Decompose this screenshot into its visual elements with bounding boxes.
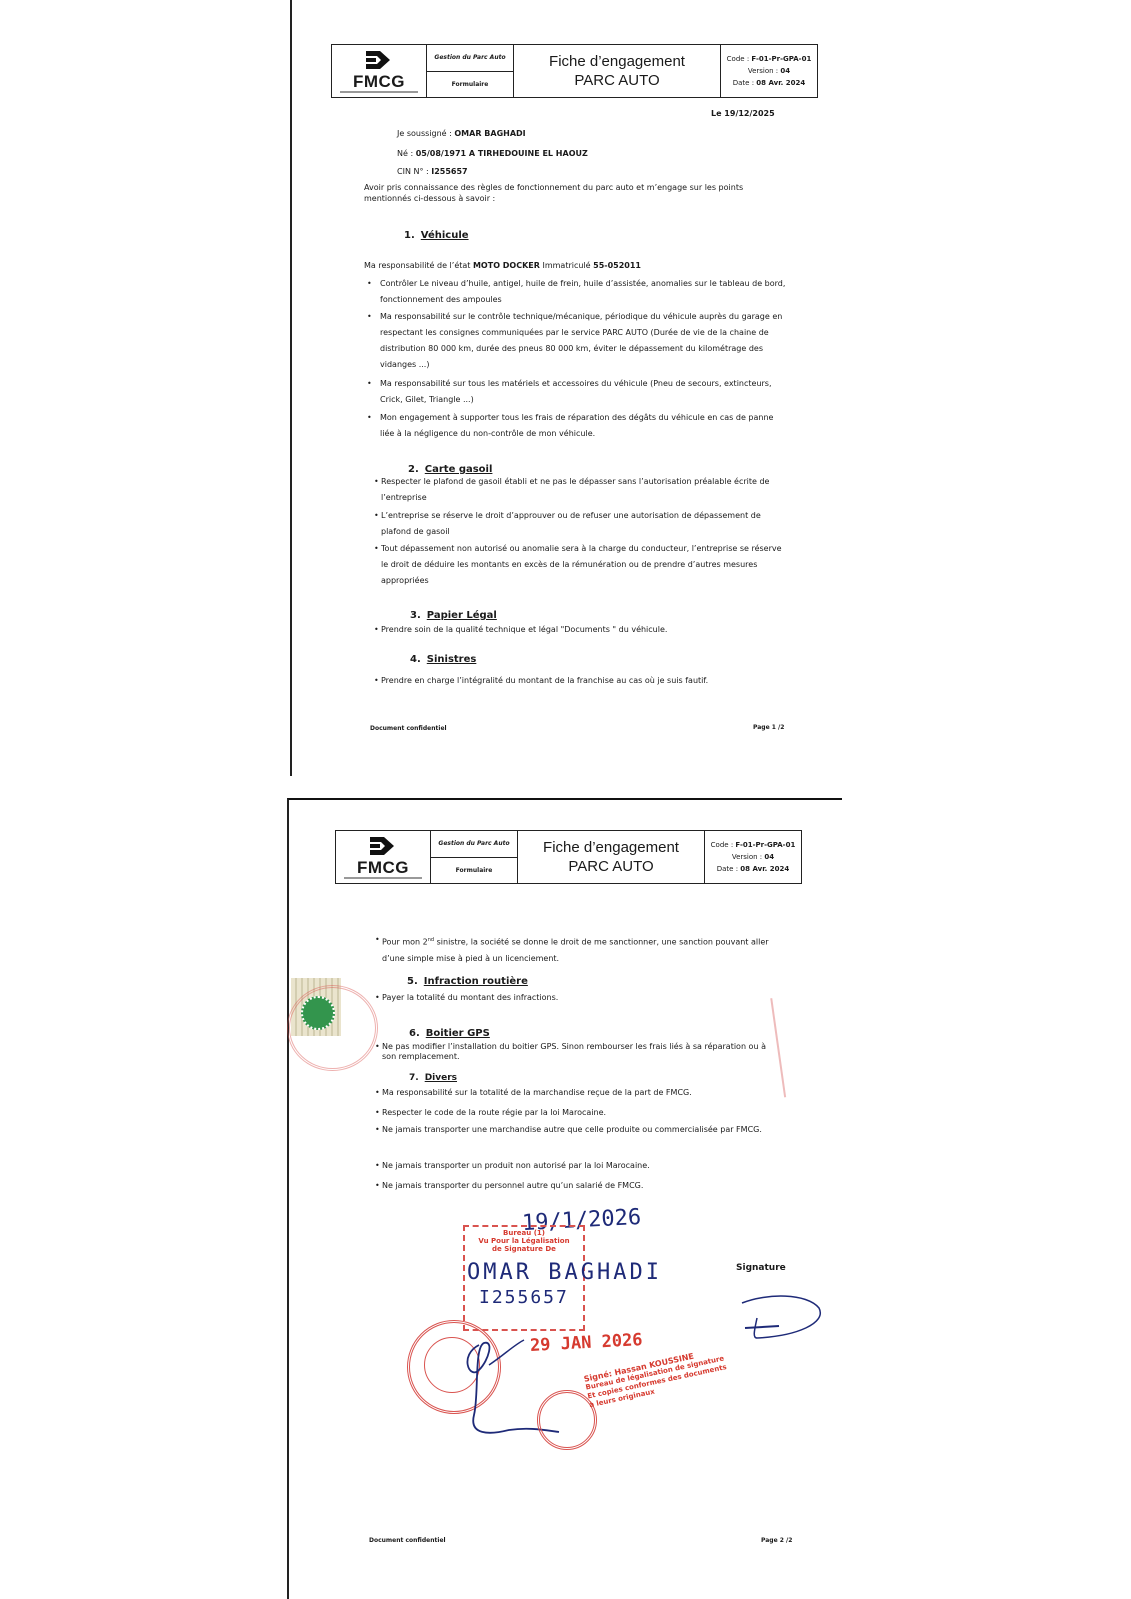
arrow-logo-icon — [368, 835, 396, 857]
form-header: FMCG Gestion du Parc Auto Formulaire Fic… — [331, 44, 818, 98]
list-item: •Ne jamais transporter un produit non au… — [382, 1158, 782, 1174]
list-item: •Ma responsabilité sur tous les matériel… — [380, 376, 790, 408]
form-title: Fiche d’engagement PARC AUTO — [518, 831, 705, 883]
header-category: Gestion du Parc Auto — [431, 831, 517, 858]
list-item: •Pour mon 2nd sinistre, la société se do… — [382, 932, 782, 967]
list-item: •Respecter le code de la route régie par… — [382, 1105, 782, 1121]
section-heading: 1.Véhicule — [404, 230, 469, 241]
handwritten-cin: I255657 — [479, 1287, 569, 1308]
page-number: Page 1 /2 — [753, 724, 784, 731]
list-item: •Contrôler Le niveau d’huile, antigel, h… — [380, 276, 790, 308]
form-header: FMCG Gestion du Parc Auto Formulaire Fic… — [335, 830, 802, 884]
footer-confidential: Document confidentiel — [370, 725, 447, 732]
list-item: •Prendre en charge l’intégralité du mont… — [381, 673, 791, 689]
list-item: •L’entreprise se réserve le droit d’appr… — [381, 508, 791, 540]
page-number: Page 2 /2 — [761, 1537, 792, 1544]
header-type: Formulaire — [431, 858, 517, 884]
employee-signature — [737, 1288, 827, 1348]
official-signature-stamp: Signé: Hassan KOUSSINE Bureau de légalis… — [583, 1345, 729, 1410]
header-category: Gestion du Parc Auto — [427, 45, 513, 72]
municipal-seal-left — [287, 985, 378, 1071]
intro-paragraph: Avoir pris connaissance des règles de fo… — [364, 182, 789, 204]
list-item: •Ma responsabilité sur la totalité de la… — [382, 1085, 782, 1101]
section-heading: 7.Divers — [409, 1073, 457, 1083]
list-item: •Ne pas modifier l’installation du boiti… — [382, 1042, 782, 1062]
section-heading: 5.Infraction routière — [407, 976, 528, 987]
date-stamp: 29 JAN 2026 — [530, 1330, 643, 1356]
footer-confidential: Document confidentiel — [369, 1537, 446, 1544]
list-item: •Ne jamais transporter du personnel autr… — [382, 1178, 782, 1194]
logo-text: FMCG — [332, 72, 426, 92]
list-item: •Ma responsabilité sur le contrôle techn… — [380, 309, 790, 373]
section-heading: 4.Sinistres — [410, 654, 476, 665]
document-date: Le 19/12/2025 — [711, 106, 775, 122]
company-logo: FMCG — [332, 45, 427, 97]
header-type: Formulaire — [427, 72, 513, 98]
arrow-logo-icon — [364, 49, 392, 71]
form-title: Fiche d’engagement PARC AUTO — [514, 45, 721, 97]
vehicle-line: Ma responsabilité de l’état MOTO DOCKER … — [364, 258, 641, 274]
handwritten-name: OMAR BAGHADI — [467, 1260, 662, 1285]
list-item: •Respecter le plafond de gasoil établi e… — [381, 474, 791, 506]
faded-stamp-right — [770, 993, 826, 1098]
document-code-block: Code : F-01-Pr-GPA-01 Version : 04 Date … — [705, 831, 801, 883]
list-item: •Ne jamais transporter une marchandise a… — [382, 1125, 782, 1135]
company-logo: FMCG — [336, 831, 431, 883]
document-page-2: FMCG Gestion du Parc Auto Formulaire Fic… — [287, 798, 842, 1599]
list-item: •Mon engagement à supporter tous les fra… — [380, 410, 790, 442]
signature-label: Signature — [736, 1260, 786, 1276]
soussigne-line: Je soussigné : OMAR BAGHADI — [397, 126, 526, 142]
cin-line: CIN N° : I255657 — [397, 164, 468, 180]
birth-line: Né : 05/08/1971 A TIRHEDOUINE EL HAOUZ — [397, 146, 588, 162]
document-code-block: Code : F-01-Pr-GPA-01 Version : 04 Date … — [721, 45, 817, 97]
logo-text: FMCG — [336, 858, 430, 878]
list-item: •Prendre soin de la qualité technique et… — [381, 622, 791, 638]
list-item: •Tout dépassement non autorisé ou anomal… — [381, 541, 791, 589]
document-page-1: FMCG Gestion du Parc Auto Formulaire Fic… — [290, 0, 842, 776]
list-item: •Payer la totalité du montant des infrac… — [382, 990, 782, 1006]
section-heading: 3.Papier Légal — [410, 610, 497, 621]
section-heading: 6.Boitier GPS — [409, 1028, 490, 1039]
